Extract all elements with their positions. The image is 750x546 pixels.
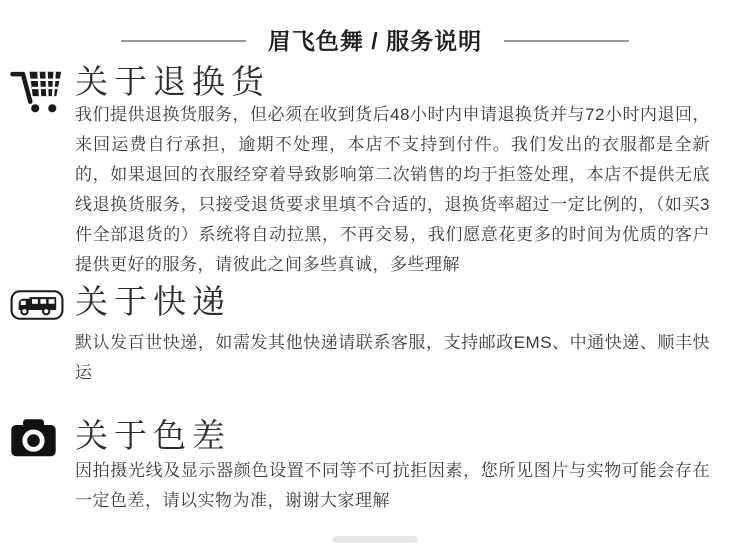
truck-icon: [8, 284, 75, 320]
section-color-heading: 关于色差: [75, 418, 710, 454]
page-header: 眉飞色舞 / 服务说明: [0, 0, 750, 56]
section-shipping: 关于快递 默认发百世快递，如需发其他快递请联系客服，支持邮政EMS、中通快递、顺…: [0, 284, 750, 388]
section-shipping-body: 默认发百世快递，如需发其他快递请联系客服，支持邮政EMS、中通快递、顺丰快运: [75, 328, 710, 388]
scroll-indicator: [333, 536, 418, 543]
section-returns: 关于退换货 我们提供退换货服务，但必须在收到货后48小时内申请退换货并与72小时…: [0, 64, 750, 280]
title-divider-left: [121, 40, 246, 42]
title-divider-right: [504, 40, 629, 42]
page-title: 眉飞色舞 / 服务说明: [268, 26, 482, 56]
section-shipping-heading: 关于快递: [75, 284, 710, 320]
section-returns-body: 我们提供退换货服务，但必须在收到货后48小时内申请退换货并与72小时内退回，来回…: [75, 100, 710, 280]
section-color-body: 因拍摄光线及显示器颜色设置不同等不可抗拒因素，您所见图片与实物可能会存在一定色差…: [75, 456, 710, 516]
camera-icon: [8, 418, 75, 458]
cart-icon: [8, 64, 75, 116]
section-color: 关于色差 因拍摄光线及显示器颜色设置不同等不可抗拒因素，您所见图片与实物可能会存…: [0, 418, 750, 516]
section-returns-heading: 关于退换货: [75, 64, 710, 100]
